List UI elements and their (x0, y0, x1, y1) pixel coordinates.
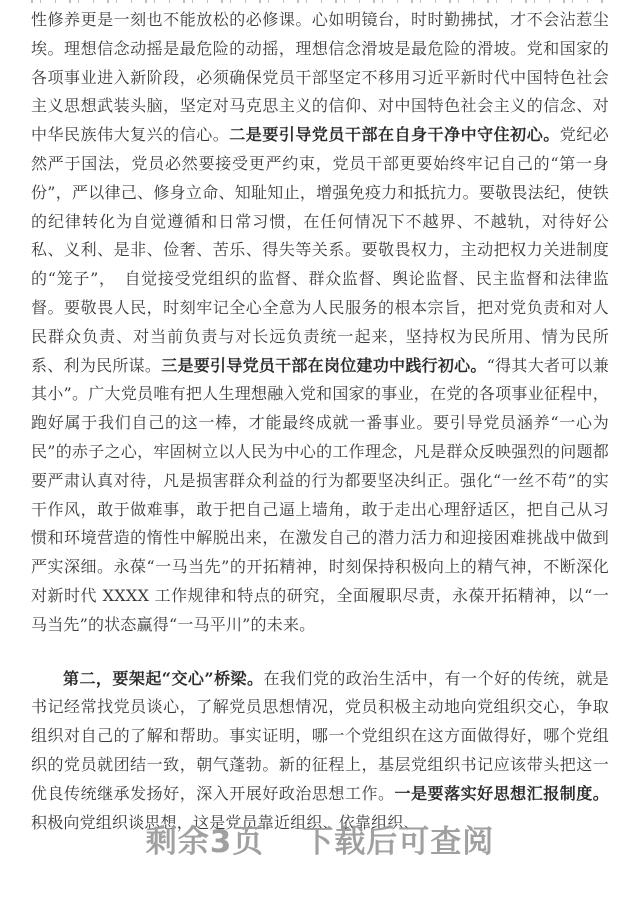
clipped-previous-line (31, 0, 609, 3)
text-run: 第二，要架起“交心”桥梁。 (63, 669, 263, 688)
text-run: “得其大者可以兼其小”。广大党员唯有把人生理想融入党和国家的事业，在党的各项事业… (31, 356, 609, 634)
remaining-pages-label: 剩余3页 (146, 824, 265, 860)
document-page: 性修养更是一刻也不能放松的必修课。心如明镜台，时时勤拂拭，才不会沾惹尘埃。理想信… (0, 0, 640, 906)
download-hint-label: 下载后可查阅 (302, 824, 494, 860)
paragraph: 性修养更是一刻也不能放松的必修课。心如明镜台，时时勤拂拭，才不会沾惹尘埃。理想信… (31, 6, 609, 640)
document-body: 性修养更是一刻也不能放松的必修课。心如明镜台，时时勤拂拭，才不会沾惹尘埃。理想信… (31, 6, 609, 837)
text-run: 二是要引导党员干部在自身干净中守住初心。 (229, 125, 559, 144)
preview-footer: 剩余3页下载后可查阅 (0, 824, 640, 860)
text-run: 在我们党的政治生活中，有一个好的传统，就是书记经常找党员谈心，了解党员思想情况，… (31, 669, 609, 803)
text-run: 三是要引导党员干部在岗位建功中践行初心。 (161, 356, 486, 375)
paragraph: 第二，要架起“交心”桥梁。在我们党的政治生活中，有一个好的传统，就是书记经常找党… (31, 665, 609, 838)
text-run: 一是要落实好思想汇报制度。 (395, 784, 609, 803)
text-run: 党纪必然严于国法，党员必然要接受更严约束，党员干部更要始终牢记自己的“第一身份”… (31, 125, 609, 374)
